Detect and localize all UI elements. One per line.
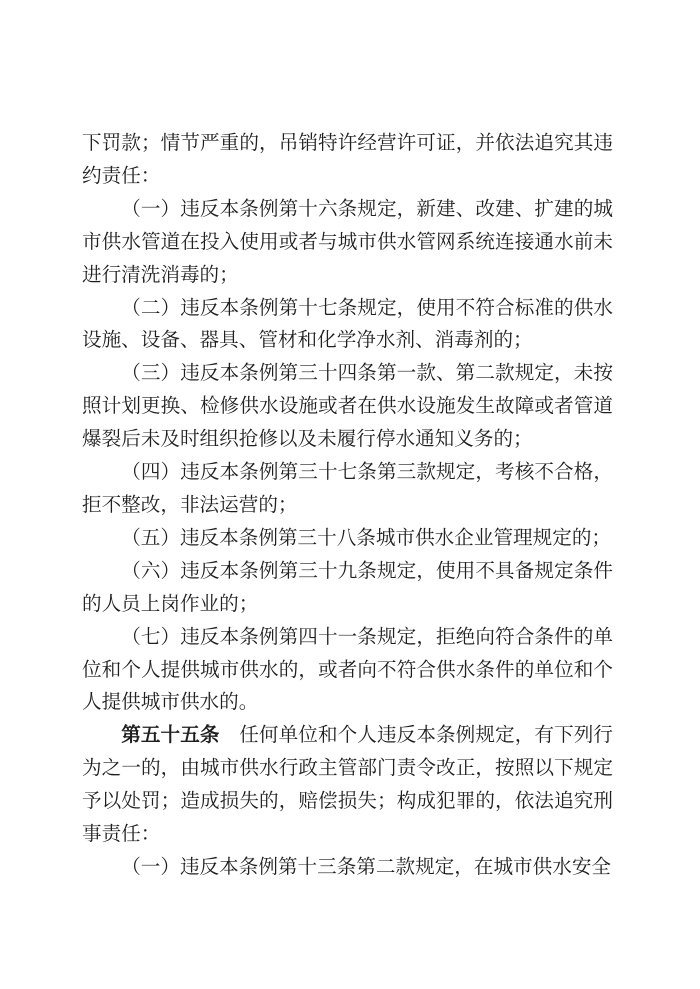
paragraph: （七）违反本条例第四十一条规定，拒绝向符合条件的单位和个人提供城市供水的，或者向…: [82, 622, 613, 721]
paragraph: （四）违反本条例第三十七条第三款规定，考核不合格，拒不整改，非法运营的；: [82, 457, 613, 523]
article-number: 第五十五条: [121, 725, 219, 746]
paragraph-text: （一）违反本条例第十六条规定，新建、改建、扩建的城市供水管道在投入使用或者与城市…: [82, 199, 613, 286]
paragraph-text: （三）违反本条例第三十四条第一款、第二款规定，未按照计划更换、检修供水设施或者在…: [82, 363, 613, 450]
paragraph: 第五十五条 任何单位和个人违反本条例规定，有下列行为之一的，由城市供水行政主管部…: [82, 720, 613, 852]
paragraph: （一）违反本条例第十六条规定，新建、改建、扩建的城市供水管道在投入使用或者与城市…: [82, 194, 613, 293]
paragraph-text: （七）违反本条例第四十一条规定，拒绝向符合条件的单位和个人提供城市供水的，或者向…: [82, 627, 613, 714]
paragraph-text: （四）违反本条例第三十七条第三款规定，考核不合格，拒不整改，非法运营的；: [82, 462, 613, 516]
paragraph: （五）违反本条例第三十八条城市供水企业管理规定的；: [82, 523, 613, 556]
paragraph-text: 下罚款；情节严重的，吊销特许经营许可证，并依法追究其违约责任：: [82, 133, 613, 187]
document-page: 下罚款；情节严重的，吊销特许经营许可证，并依法追究其违约责任：（一）违反本条例第…: [0, 0, 700, 989]
paragraph: （一）违反本条例第十三条第二款规定，在城市供水安全: [82, 852, 613, 885]
paragraph: 下罚款；情节严重的，吊销特许经营许可证，并依法追究其违约责任：: [82, 128, 613, 194]
paragraph-text: （六）违反本条例第三十九条规定，使用不具备规定条件的人员上岗作业的；: [82, 561, 613, 615]
paragraph-text: （二）违反本条例第十七条规定，使用不符合标准的供水设施、设备、器具、管材和化学净…: [82, 298, 613, 352]
document-body: 下罚款；情节严重的，吊销特许经营许可证，并依法追究其违约责任：（一）违反本条例第…: [82, 128, 613, 885]
paragraph: （六）违反本条例第三十九条规定，使用不具备规定条件的人员上岗作业的；: [82, 556, 613, 622]
paragraph: （三）违反本条例第三十四条第一款、第二款规定，未按照计划更换、检修供水设施或者在…: [82, 358, 613, 457]
paragraph: （二）违反本条例第十七条规定，使用不符合标准的供水设施、设备、器具、管材和化学净…: [82, 293, 613, 359]
paragraph-text: （一）违反本条例第十三条第二款规定，在城市供水安全: [121, 857, 611, 878]
paragraph-text: （五）违反本条例第三十八条城市供水企业管理规定的；: [121, 528, 611, 549]
